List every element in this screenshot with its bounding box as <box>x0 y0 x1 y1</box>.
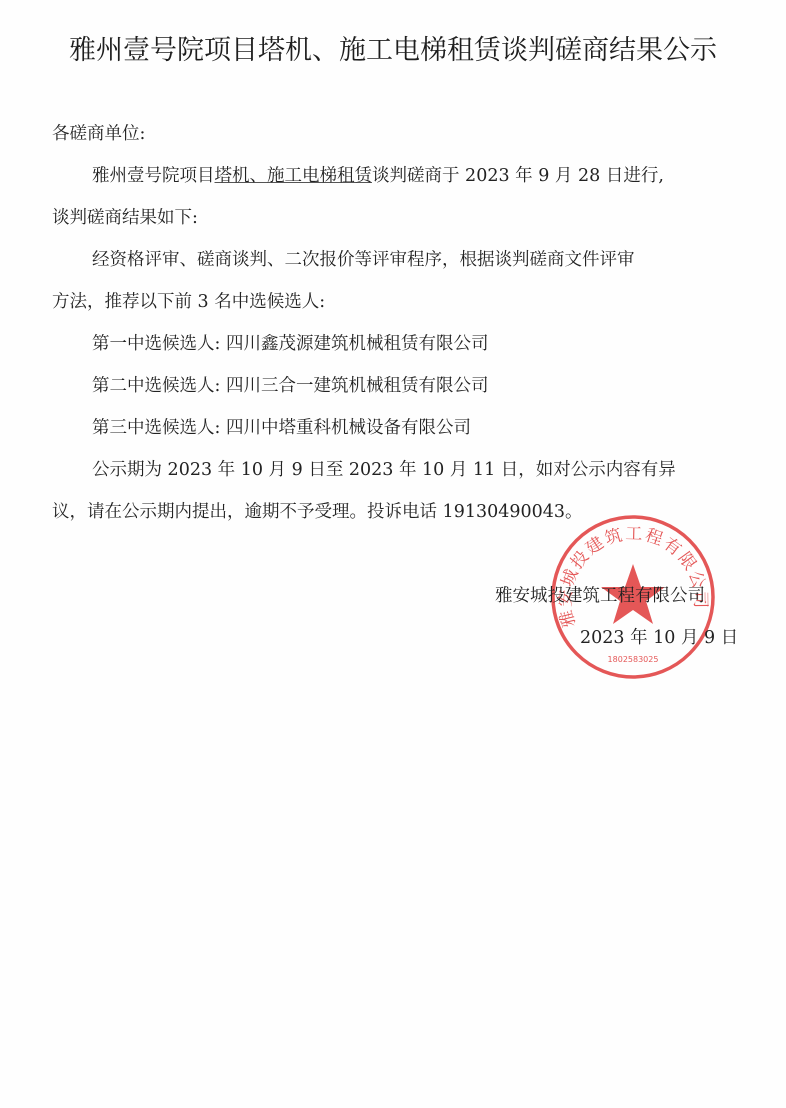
candidate-2: 第二中选候选人: 四川三合一建筑机械租赁有限公司 <box>92 372 488 397</box>
candidate-rank-label: 第二中选候选人: <box>92 376 220 396</box>
candidate-rank-label: 第一中选候选人: <box>92 334 220 354</box>
paragraph-2-line-2: 方法，推荐以下前 3 名中选候选人: <box>52 288 325 313</box>
signature-date: 2023 年 10 月 9 日 <box>580 624 738 649</box>
candidate-3: 第三中选候选人: 四川中塔重科机械设备有限公司 <box>92 414 471 439</box>
paragraph-3-line-2: 议，请在公示期内提出，逾期不予受理。投诉电话 19130490043。 <box>52 498 583 523</box>
para1-suffix: 谈判磋商于 2023 年 9 月 28 日进行, <box>372 166 664 186</box>
candidate-1: 第一中选候选人: 四川鑫茂源建筑机械租赁有限公司 <box>92 330 488 355</box>
document-title: 雅州壹号院项目塔机、施工电梯租赁谈判磋商结果公示 <box>0 28 786 67</box>
para1-underlined-subject: 塔机、施工电梯租赁 <box>215 166 373 186</box>
candidate-company: 四川中塔重科机械设备有限公司 <box>226 418 471 438</box>
paragraph-1-line-1: 雅州壹号院项目塔机、施工电梯租赁谈判磋商于 2023 年 9 月 28 日进行, <box>92 162 664 187</box>
paragraph-3-line-1: 公示期为 2023 年 10 月 9 日至 2023 年 10 月 11 日，如… <box>92 456 676 481</box>
candidate-rank-label: 第三中选候选人: <box>92 418 220 438</box>
para1-prefix: 雅州壹号院项目 <box>92 166 215 186</box>
paragraph-1-line-2: 谈判磋商结果如下: <box>52 204 198 229</box>
candidate-company: 四川鑫茂源建筑机械租赁有限公司 <box>226 334 489 354</box>
paragraph-2-line-1: 经资格评审、磋商谈判、二次报价等评审程序，根据谈判磋商文件评审 <box>92 246 635 271</box>
seal-code: 1802583025 <box>608 655 659 664</box>
document-page: 雅州壹号院项目塔机、施工电梯租赁谈判磋商结果公示 各磋商单位: 雅州壹号院项目塔… <box>0 0 786 1108</box>
signature-company: 雅安城投建筑工程有限公司 <box>495 582 705 607</box>
candidate-company: 四川三合一建筑机械租赁有限公司 <box>226 376 489 396</box>
salutation: 各磋商单位: <box>52 120 145 145</box>
